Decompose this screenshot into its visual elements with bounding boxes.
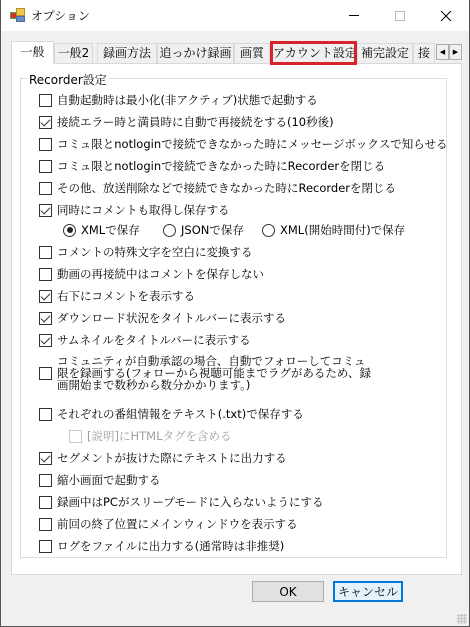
checkbox[interactable]	[39, 367, 52, 380]
radio-json[interactable]: JSONで保存	[163, 221, 244, 239]
option-include-html-tags[interactable]: [説明]にHTMLタグを含める	[69, 427, 231, 445]
close-button[interactable]	[423, 0, 469, 31]
option-save-comments[interactable]: 同時にコメントも取得し保存する	[39, 201, 230, 219]
option-show-comments-bottom-right[interactable]: 右下にコメントを表示する	[39, 287, 195, 305]
arrow-left-icon: ◀	[440, 48, 445, 56]
tab-account-settings[interactable]: アカウント設定	[272, 43, 355, 63]
checkbox[interactable]	[39, 474, 52, 487]
checkbox[interactable]	[39, 408, 52, 421]
tab-strip: 一般 一般2 録画方法 追っかけ録画 画質 アカウント設定 補完設定 接 ◀ ▶	[11, 41, 463, 63]
option-auto-follow-community[interactable]: コミュニティが自動承認の場合、自動でフォローしてコミュ限を録画する(フォローから…	[39, 355, 377, 391]
checkbox[interactable]	[39, 540, 52, 553]
option-skip-comments-on-reconnect[interactable]: 動画の再接続中はコメントを保存しない	[39, 265, 264, 283]
app-options-icon	[10, 8, 26, 22]
checkbox[interactable]	[39, 116, 52, 129]
option-notify-messagebox[interactable]: コミュ限とnotloginで接続できなかった時にメッセージボックスで知らせる	[39, 135, 447, 153]
minimize-icon	[349, 15, 359, 16]
group-legend: Recorder設定	[27, 71, 109, 88]
recorder-settings-group: Recorder設定 自動起動時は最小化(非アクティブ)状態で起動する 接続エラ…	[20, 78, 447, 558]
checkbox[interactable]	[39, 160, 52, 173]
radio-button[interactable]	[63, 224, 76, 237]
option-auto-reconnect[interactable]: 接続エラー時と満員時に自動で再接続をする(10秒後)	[39, 113, 334, 131]
checkbox[interactable]	[39, 312, 52, 325]
tab-general[interactable]: 一般	[11, 41, 54, 64]
maximize-icon	[395, 11, 405, 21]
checkbox[interactable]	[39, 182, 52, 195]
option-start-minimized[interactable]: 縮小画面で起動する	[39, 471, 161, 489]
checkbox[interactable]	[39, 290, 52, 303]
maximize-button[interactable]	[377, 0, 423, 31]
checkbox[interactable]	[39, 334, 52, 347]
close-icon	[440, 10, 452, 22]
option-save-program-info-txt[interactable]: それぞれの番組情報をテキスト(.txt)で保存する	[39, 405, 304, 423]
option-log-to-file[interactable]: ログをファイルに出力する(通常時は非推奨)	[39, 537, 284, 555]
tab-completion-settings[interactable]: 補完設定	[357, 43, 413, 63]
ok-button[interactable]: OK	[252, 581, 324, 602]
checkbox[interactable]	[39, 452, 52, 465]
option-log-missing-segments[interactable]: セグメントが抜けた際にテキストに出力する	[39, 449, 287, 467]
options-dialog: オプション 一般 一般2 録画方法 追っかけ録画 画質 アカウント設定 補完設定…	[0, 0, 470, 627]
tab-general2[interactable]: 一般2	[54, 43, 93, 63]
checkbox[interactable]	[69, 430, 82, 443]
checkbox[interactable]	[39, 138, 52, 151]
checkbox[interactable]	[39, 496, 52, 509]
window-title: オプション	[31, 7, 90, 24]
radio-xml-with-start-time[interactable]: XML(開始時間付)で保存	[262, 221, 405, 239]
option-prevent-sleep[interactable]: 録画中はPCがスリープモードに入らないようにする	[39, 493, 323, 511]
option-close-on-other-error[interactable]: その他、放送削除などで接続できなかった時にRecorderを閉じる	[39, 179, 396, 197]
tab-recording-method[interactable]: 録画方法	[97, 43, 157, 63]
minimize-button[interactable]	[331, 0, 377, 31]
tab-quality[interactable]: 画質	[234, 43, 270, 63]
option-convert-special-chars[interactable]: コメントの特殊文字を空白に変換する	[39, 243, 253, 261]
cancel-button[interactable]: キャンセル	[333, 581, 403, 602]
option-close-on-comm-limit[interactable]: コミュ限とnotloginで接続できなかった時にRecorderを閉じる	[39, 157, 385, 175]
tab-page-general: Recorder設定 自動起動時は最小化(非アクティブ)状態で起動する 接続エラ…	[11, 63, 462, 575]
option-restore-window-position[interactable]: 前回の終了位置にメインウィンドウを表示する	[39, 515, 298, 533]
resize-grip-icon[interactable]	[457, 614, 467, 624]
title-bar[interactable]: オプション	[1, 0, 469, 31]
arrow-right-icon: ▶	[453, 48, 458, 56]
checkbox[interactable]	[39, 246, 52, 259]
checkbox[interactable]	[39, 518, 52, 531]
radio-button[interactable]	[163, 224, 176, 237]
tab-scroll-right-button[interactable]: ▶	[449, 44, 462, 60]
checkbox[interactable]	[39, 204, 52, 217]
checkbox[interactable]	[39, 268, 52, 281]
option-download-status-titlebar[interactable]: ダウンロード状況をタイトルバーに表示する	[39, 309, 286, 327]
radio-button[interactable]	[262, 224, 275, 237]
radio-xml[interactable]: XMLで保存	[63, 221, 140, 239]
tab-connection[interactable]: 接	[413, 43, 435, 63]
checkbox[interactable]	[39, 94, 52, 107]
tab-scroll-left-button[interactable]: ◀	[436, 44, 449, 60]
tab-chase-recording[interactable]: 追っかけ録画	[157, 43, 234, 63]
option-minimize-on-autostart[interactable]: 自動起動時は最小化(非アクティブ)状態で起動する	[39, 91, 318, 109]
option-thumbnail-titlebar[interactable]: サムネイルをタイトルバーに表示する	[39, 331, 251, 349]
